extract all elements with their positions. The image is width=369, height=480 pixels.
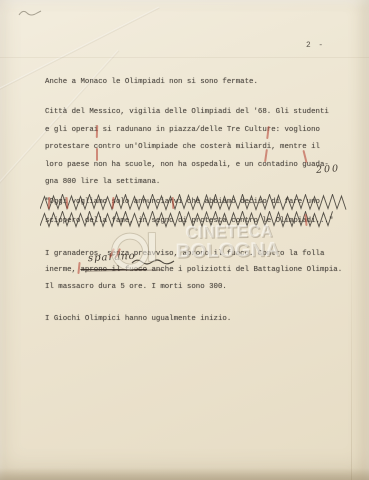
paragraph-granaderos: I granaderos, senza preavviso, aprono il… xyxy=(45,246,357,295)
typed-line-with-correction: inerme, aprono il fuoco anche i poliziot… xyxy=(45,262,357,278)
typed-line: Anche a Monaco le Olimpiadi non si sono … xyxy=(45,78,357,86)
typed-line-struck: "Oggi vogliamo solo annunciarvi che abbi… xyxy=(45,193,357,212)
typed-line: I granaderos, senza preavviso, aprono il… xyxy=(45,246,357,262)
pencil-squiggle xyxy=(17,7,43,19)
page-number: 2 - xyxy=(306,42,325,50)
typed-line: Città del Messico, vigilia delle Olimpia… xyxy=(45,104,357,122)
scanned-document-page: 2 - Anche a Monaco le Olimpiadi non si s… xyxy=(0,0,369,480)
paragraph-quote-struck: "Oggi vogliamo solo annunciarvi che abbi… xyxy=(45,193,357,230)
struck-typed-segment: aprono il fuoco xyxy=(80,266,147,274)
paragraph-monaco: Anche a Monaco le Olimpiadi non si sono … xyxy=(45,78,357,86)
typed-line: gna 800 lire la settimana. xyxy=(45,174,357,192)
typed-line: protestare contro un'Olimpiade che coste… xyxy=(45,139,357,157)
paper-crease xyxy=(0,57,369,58)
paragraph-giochi-olimpici: I Giochi Olimpici hanno ugualmente inizi… xyxy=(45,315,357,323)
typed-segment: inerme, xyxy=(45,266,80,274)
paper-bottom-shadow xyxy=(0,468,369,480)
typed-segment: anche i poliziotti del Battaglione Olimp… xyxy=(147,266,342,274)
typed-line: Il massacro dura 5 ore. I morti sono 300… xyxy=(45,279,357,295)
typed-line: e gli operai si radunano in piazza/delle… xyxy=(45,122,357,140)
typed-line: loro paese non ha scuole, non ha ospedal… xyxy=(45,157,357,175)
paragraph-citta-del-messico: Città del Messico, vigilia delle Olimpia… xyxy=(45,104,357,192)
typed-line-struck: sciopero della fame, in segno di protest… xyxy=(45,212,357,231)
typed-line: I Giochi Olimpici hanno ugualmente inizi… xyxy=(45,315,357,323)
